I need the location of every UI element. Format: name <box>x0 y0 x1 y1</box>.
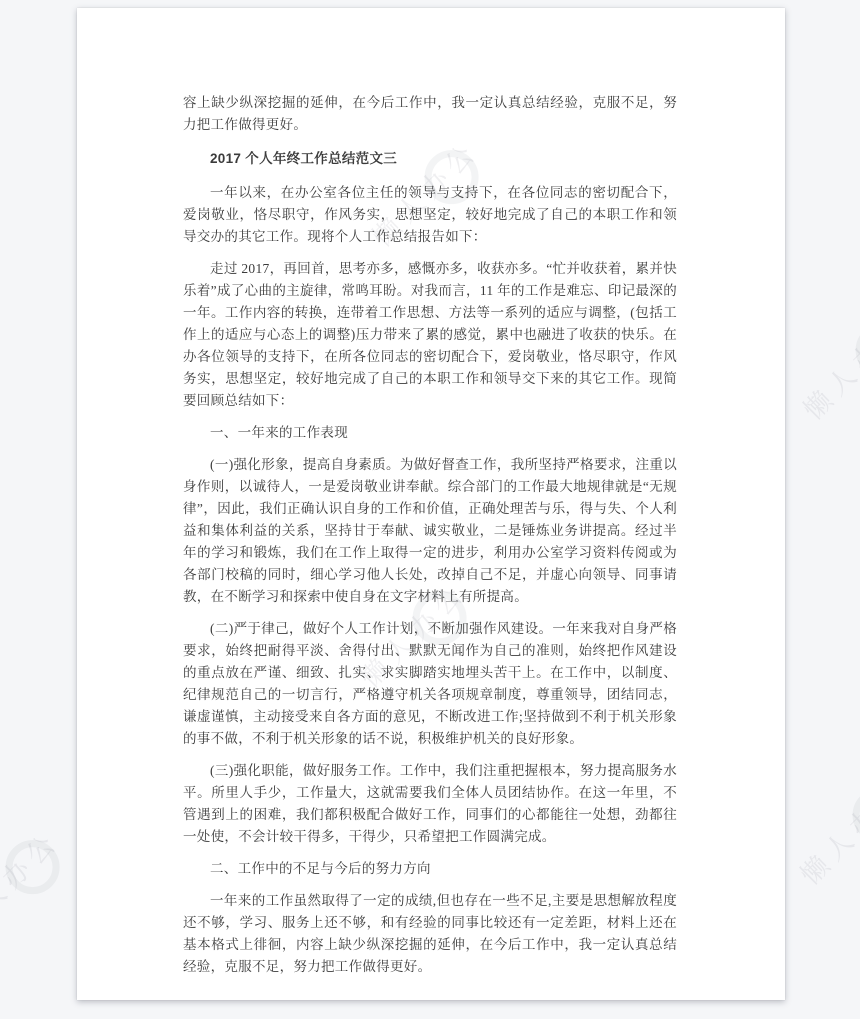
paragraph: (二)严于律己，做好个人工作计划，不断加强作风建设。一年来我对自身严格要求，始终… <box>183 618 677 750</box>
document-page: 容上缺少纵深挖掘的延伸，在今后工作中，我一定认真总结经验，克服不足，努力把工作做… <box>77 8 785 1000</box>
paragraph: 一年来的工作虽然取得了一定的成绩,但也存在一些不足,主要是思想解放程度还不够，学… <box>183 890 677 978</box>
section-heading-2: 二、工作中的不足与今后的努力方向 <box>183 858 677 880</box>
watermark: 懒人办公 <box>0 801 86 964</box>
watermark: 懒人办公 <box>774 284 860 447</box>
paragraph: (三)强化职能，做好服务工作。工作中，我们注重把握根本，努力提高服务水平。所里人… <box>183 760 677 848</box>
paragraph: (一)强化形象，提高自身素质。为做好督查工作，我所坚持严格要求，注重以身作则，以… <box>183 454 677 608</box>
watermark-text: 懒人办公 <box>0 820 67 944</box>
watermark-text: 懒人办公 <box>790 768 860 892</box>
paragraph-continuation: 容上缺少纵深挖掘的延伸，在今后工作中，我一定认真总结经验，克服不足，努力把工作做… <box>183 92 677 136</box>
document-title: 2017 个人年终工作总结范文三 <box>183 148 677 170</box>
watermark-circle-icon <box>0 829 71 905</box>
watermark-circle-icon <box>844 312 860 388</box>
paragraph: 一年以来，在办公室各位主任的领导与支持下，在各位同志的密切配合下，爱岗敬业，恪尽… <box>183 182 677 248</box>
watermark-text: 懒人办公 <box>793 303 860 427</box>
section-heading-1: 一、一年来的工作表现 <box>183 422 677 444</box>
document-viewer: 容上缺少纵深挖掘的延伸，在今后工作中，我一定认真总结经验，克服不足，努力把工作做… <box>0 0 860 1019</box>
watermark-circle-icon <box>841 777 860 853</box>
paragraph: 走过 2017，再回首，思考亦多，感慨亦多，收获亦多。“忙并收获着，累并快乐着”… <box>183 258 677 412</box>
